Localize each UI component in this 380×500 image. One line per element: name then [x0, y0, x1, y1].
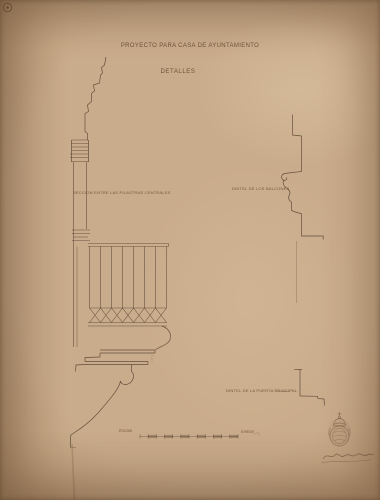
scale-bar-left-label: Escala — [119, 429, 132, 433]
door-lintel-profile-drawing — [275, 370, 325, 406]
caption-balcony-lintel: DINTEL DE LOS BALCONES — [232, 187, 289, 191]
drawing-title: PROYECTO PARA CASA DE AYUNTAMIENTO — [0, 43, 380, 49]
signature-mark — [321, 454, 374, 463]
caption-section-between-pilasters: SECCION ENTRE LAS PILASTRAS CENTRALES — [73, 191, 171, 195]
balcony-lintel-profile-drawing — [282, 115, 324, 304]
caption-main-door-lintel: DINTEL DE LA PUERTA PRINCIPAL — [226, 389, 297, 393]
console-molding-drawing — [71, 350, 156, 448]
academy-stamp-icon — [328, 412, 351, 446]
punch-hole-icon — [3, 3, 11, 11]
architectural-drawing-sheet: PROYECTO PARA CASA DE AYUNTAMIENTO DETAL… — [0, 0, 380, 500]
drawing-subtitle: DETALLES — [140, 69, 216, 75]
drawing-line-art — [0, 0, 380, 500]
balcony-railing-drawing — [88, 244, 171, 350]
scale-bar-right-label: metros — [241, 430, 254, 434]
paper-crease — [72, 444, 75, 500]
